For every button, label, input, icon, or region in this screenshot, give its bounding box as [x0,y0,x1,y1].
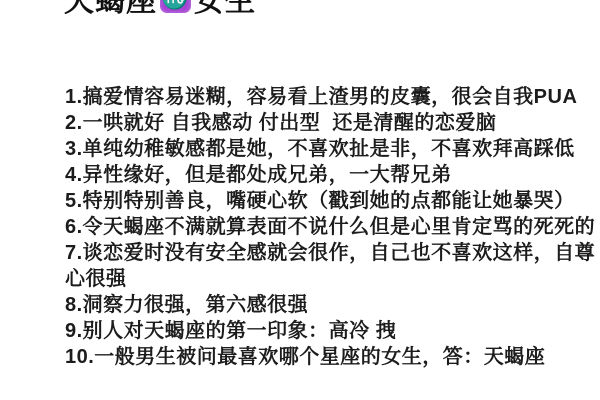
list-line: 8.洞察力很强，第六感很强 [65,292,565,318]
list-line: 9.别人对天蝎座的第一印象：高冷 拽 [65,318,565,344]
scorpio-glyph: ♏ [161,0,189,13]
scorpio-icon: ♏ [160,0,191,13]
list-line: 3.单纯幼稚敏感都是她，不喜欢扯是非，不喜欢拜高踩低 [65,136,565,162]
list-line-wrap: 心很强 [65,266,565,292]
list-line: 4.异性缘好，但是都处成兄弟，一大帮兄弟 [65,162,565,188]
trait-list: 1.搞爱情容易迷糊，容易看上渣男的皮囊，很会自我PUA 2.一哄就好 自我感动 … [65,84,565,370]
page-title: 天蝎座 ♏ 女生 [64,0,256,13]
title-suffix: 女生 [194,0,256,20]
note-page: 天蝎座 ♏ 女生 1.搞爱情容易迷糊，容易看上渣男的皮囊，很会自我PUA 2.一… [0,0,600,400]
list-line: 1.搞爱情容易迷糊，容易看上渣男的皮囊，很会自我PUA [65,84,565,110]
list-line: 7.谈恋爱时没有安全感就会很作，自己也不喜欢这样，自尊 [65,240,565,266]
list-line: 2.一哄就好 自我感动 付出型 还是清醒的恋爱脑 [65,110,565,136]
list-line: 10.一般男生被问最喜欢哪个星座的女生，答：天蝎座 [65,344,565,370]
list-line: 5.特别特别善良，嘴硬心软（戳到她的点都能让她暴哭） [65,188,565,214]
list-line: 6.令天蝎座不满就算表面不说什么但是心里肯定骂的死死的 [65,214,565,240]
title-prefix: 天蝎座 [64,0,157,20]
